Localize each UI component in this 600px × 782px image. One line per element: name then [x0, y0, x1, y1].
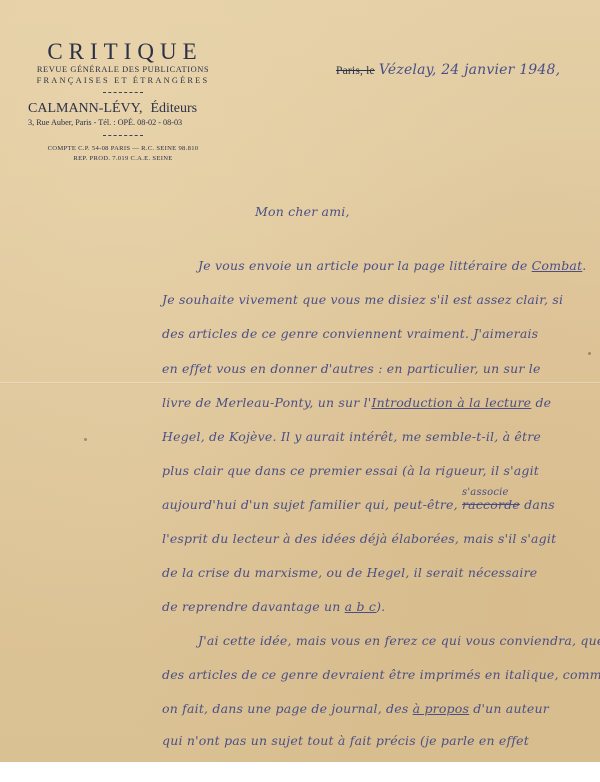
letterhead: CRITIQUE Revue générale des publications…	[28, 40, 218, 164]
body-line-13: des articles de ce genre devraient être …	[162, 667, 600, 682]
body-line-15: qui n'ont pas un sujet tout à fait préci…	[162, 733, 529, 748]
paper-spot	[588, 352, 591, 355]
letterhead-divider	[103, 135, 143, 137]
body-line-2: Je souhaite vivement que vous me disiez …	[162, 292, 563, 307]
struck-word: raccorde	[462, 497, 520, 512]
underlined-book-title: Introduction à la lecture	[371, 395, 531, 410]
body-line-9: l'esprit du lecteur à des idées déjà éla…	[162, 531, 556, 546]
letterhead-title: CRITIQUE	[32, 40, 218, 64]
paper-fold-line	[0, 382, 600, 384]
body-line-10: de la crise du marxisme, ou de Hegel, il…	[162, 565, 537, 580]
letterhead-subtitle-1: Revue générale des publications	[28, 64, 218, 75]
body-line-6: Hegel, de Kojève. Il y aurait intérêt, m…	[162, 429, 541, 444]
letterhead-publisher: CALMANN-LÉVY,Éditeurs	[28, 101, 218, 117]
publisher-name: CALMANN-LÉVY,	[28, 101, 142, 116]
correction: s'associeraccorde	[462, 497, 520, 512]
body-line-1: Je vous envoie un article pour la page l…	[198, 258, 586, 273]
body-line-8: aujourd'hui d'un sujet familier qui, peu…	[162, 497, 555, 512]
underlined-abc: a b c	[345, 599, 376, 614]
body-line-5: livre de Merleau-Ponty, un sur l'Introdu…	[162, 395, 551, 410]
body-line-3: des articles de ce genre conviennent vra…	[162, 326, 538, 341]
body-line-14: on fait, dans une page de journal, des à…	[162, 701, 549, 716]
body-line-4: en effet vous en donner d'autres : en pa…	[162, 361, 541, 376]
underlined-newspaper-title: Combat	[532, 258, 583, 273]
paper-spot	[84, 438, 87, 441]
letterhead-account-2: Rep. Prod. 7.019 C.A.E. Seine	[28, 154, 218, 164]
letterhead-divider	[103, 92, 143, 94]
handwritten-date: Vézelay, 24 janvier 1948,	[379, 62, 560, 78]
image-margin	[0, 762, 600, 782]
publisher-role: Éditeurs	[150, 101, 197, 116]
inserted-word: s'associe	[462, 487, 509, 498]
salutation: Mon cher ami,	[255, 204, 350, 219]
letter-page: CRITIQUE Revue générale des publications…	[0, 0, 600, 762]
letterhead-account-1: Compte C.P. 54-08 Paris — R.C. Seine 98.…	[28, 144, 218, 154]
date-line: Paris, leVézelay, 24 janvier 1948,	[336, 62, 560, 78]
body-line-12: J'ai cette idée, mais vous en ferez ce q…	[198, 633, 600, 648]
printed-date-struck: Paris, le	[336, 65, 375, 77]
letterhead-address: 3, Rue Auber, Paris - Tél. : OPÉ. 08-02 …	[28, 117, 218, 129]
body-line-11: de reprendre davantage un a b c).	[162, 599, 385, 614]
body-line-7: plus clair que dans ce premier essai (à …	[162, 463, 539, 478]
underlined-a-propos: à propos	[413, 701, 469, 716]
letterhead-subtitle-2: Françaises et étrangères	[28, 75, 218, 86]
